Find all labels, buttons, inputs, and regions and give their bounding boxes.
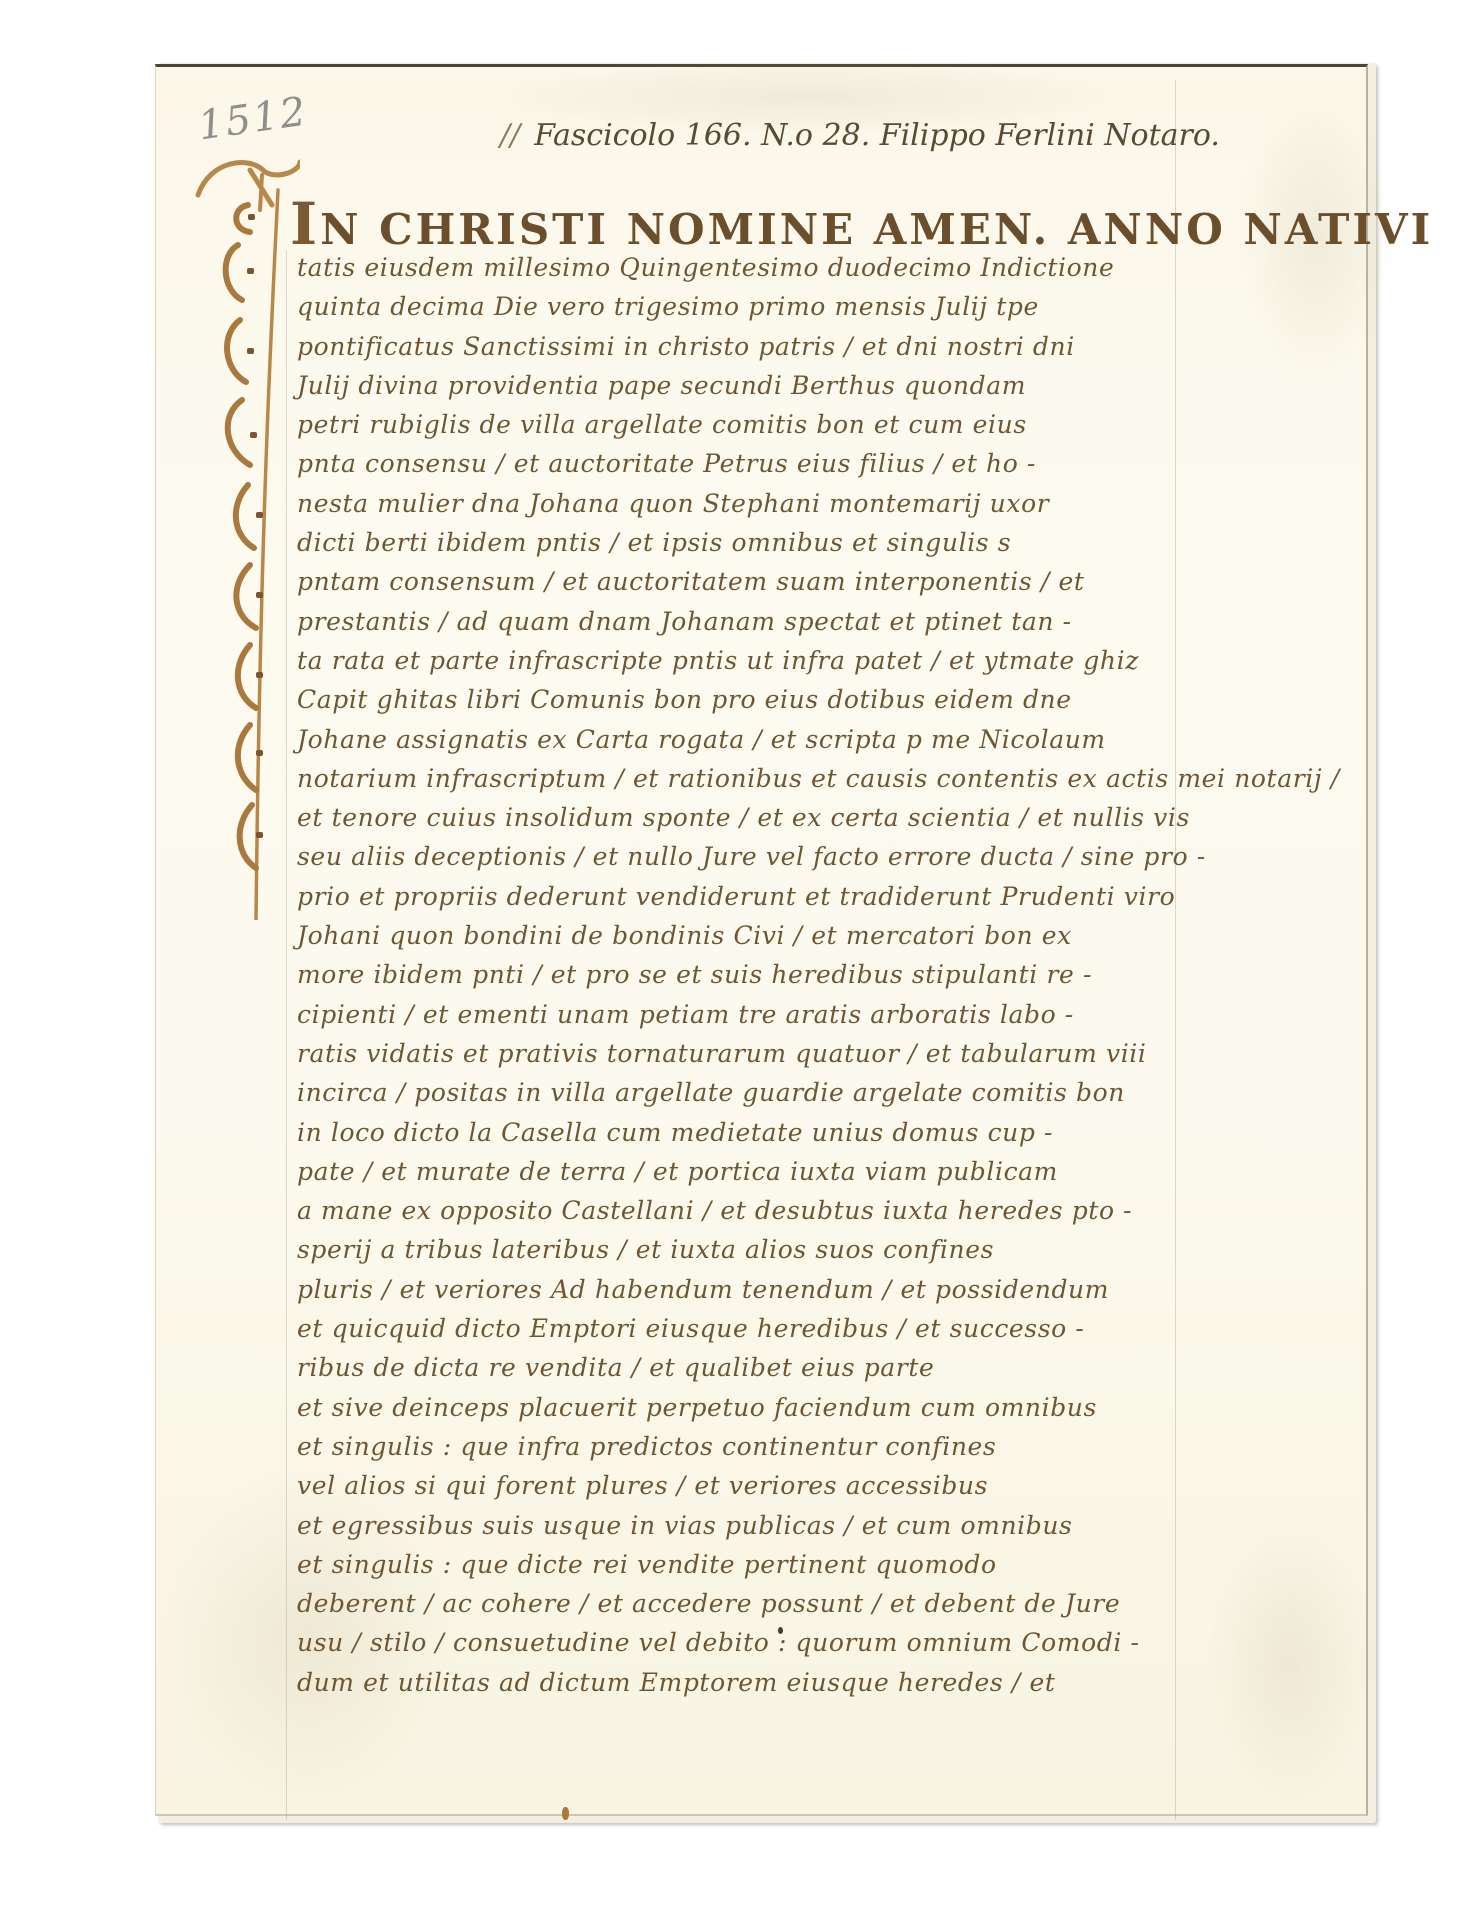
text-line: more ibidem pnti / et pro se et suis her…: [297, 955, 1197, 994]
text-line: usu / stilo / consuetudine vel debito : …: [297, 1623, 1197, 1662]
text-line: ratis vidatis et prativis tornaturarum q…: [297, 1034, 1197, 1073]
paper-stain: [1206, 1517, 1376, 1807]
text-line: prio et propriis dederunt vendiderunt et…: [297, 877, 1197, 916]
annotation-text: Fascicolo 166. N.o 28. Filippo Ferlini N…: [534, 118, 1220, 153]
text-line: nesta mulier dna Johana quon Stephani mo…: [297, 484, 1197, 523]
text-line: pontificatus Sanctissimi in christo patr…: [297, 327, 1197, 366]
text-line: tatis eiusdem millesimo Quingentesimo du…: [297, 248, 1197, 287]
text-line: prestantis / ad quam dnam Johanam specta…: [297, 602, 1197, 641]
wax-residue: [562, 1807, 569, 1820]
ink-spot: [778, 1627, 783, 1634]
manuscript-body: tatis eiusdem millesimo Quingentesimo du…: [297, 248, 1197, 1702]
text-line: Julij divina providentia pape secundi Be…: [297, 366, 1197, 405]
text-line: dum et utilitas ad dictum Emptorem eiusq…: [297, 1663, 1197, 1702]
annotation-mark: //: [500, 118, 520, 153]
text-line: in loco dicto la Casella cum medietate u…: [297, 1113, 1197, 1152]
illuminated-initial-border: [190, 150, 300, 920]
invocation-text: n Christi nomine Amen. Anno nativi: [320, 205, 1433, 254]
text-line: Johane assignatis ex Carta rogata / et s…: [297, 720, 1197, 759]
text-line: dicti berti ibidem pntis / et ipsis omni…: [297, 523, 1197, 562]
text-line: et tenore cuius insolidum sponte / et ex…: [297, 798, 1197, 837]
text-line: ta rata et parte infrascripte pntis ut i…: [297, 641, 1197, 680]
text-line: et singulis : que dicte rei vendite pert…: [297, 1545, 1197, 1584]
text-line: et quicquid dicto Emptori eiusque heredi…: [297, 1309, 1197, 1348]
text-line: et egressibus suis usque in vias publica…: [297, 1506, 1197, 1545]
dot-ornament-icon: [247, 214, 263, 838]
text-line: ribus de dicta re vendita / et qualibet …: [297, 1348, 1197, 1387]
text-line: pntam consensum / et auctoritatem suam i…: [297, 562, 1197, 601]
text-line: sperij a tribus lateribus / et iuxta ali…: [297, 1230, 1197, 1269]
text-line: deberent / ac cohere / et accedere possu…: [297, 1584, 1197, 1623]
text-line: a mane ex opposito Castellani / et desub…: [297, 1191, 1197, 1230]
text-line: et sive deinceps placuerit perpetuo faci…: [297, 1388, 1197, 1427]
text-line: quinta decima Die vero trigesimo primo m…: [297, 287, 1197, 326]
file-annotation: //Fascicolo 166. N.o 28. Filippo Ferlini…: [500, 118, 1220, 153]
text-line: et singulis : que infra predictos contin…: [297, 1427, 1197, 1466]
text-line: incirca / positas in villa argellate gua…: [297, 1073, 1197, 1112]
text-line: vel alios si qui forent plures / et veri…: [297, 1466, 1197, 1505]
text-line: petri rubiglis de villa argellate comiti…: [297, 405, 1197, 444]
scallop-chain-icon: [226, 205, 256, 868]
text-line: Capit ghitas libri Comunis bon pro eius …: [297, 680, 1197, 719]
text-line: seu aliis deceptionis / et nullo Jure ve…: [297, 837, 1197, 876]
text-line: pnta consensu / et auctoritate Petrus ei…: [297, 444, 1197, 483]
text-line: notarium infrascriptum / et rationibus e…: [297, 759, 1197, 798]
text-line: cipienti / et ementi unam petiam tre ara…: [297, 995, 1197, 1034]
text-line: pate / et murate de terra / et portica i…: [297, 1152, 1197, 1191]
text-line: Johani quon bondini de bondinis Civi / e…: [297, 916, 1197, 955]
text-line: pluris / et veriores Ad habendum tenendu…: [297, 1270, 1197, 1309]
